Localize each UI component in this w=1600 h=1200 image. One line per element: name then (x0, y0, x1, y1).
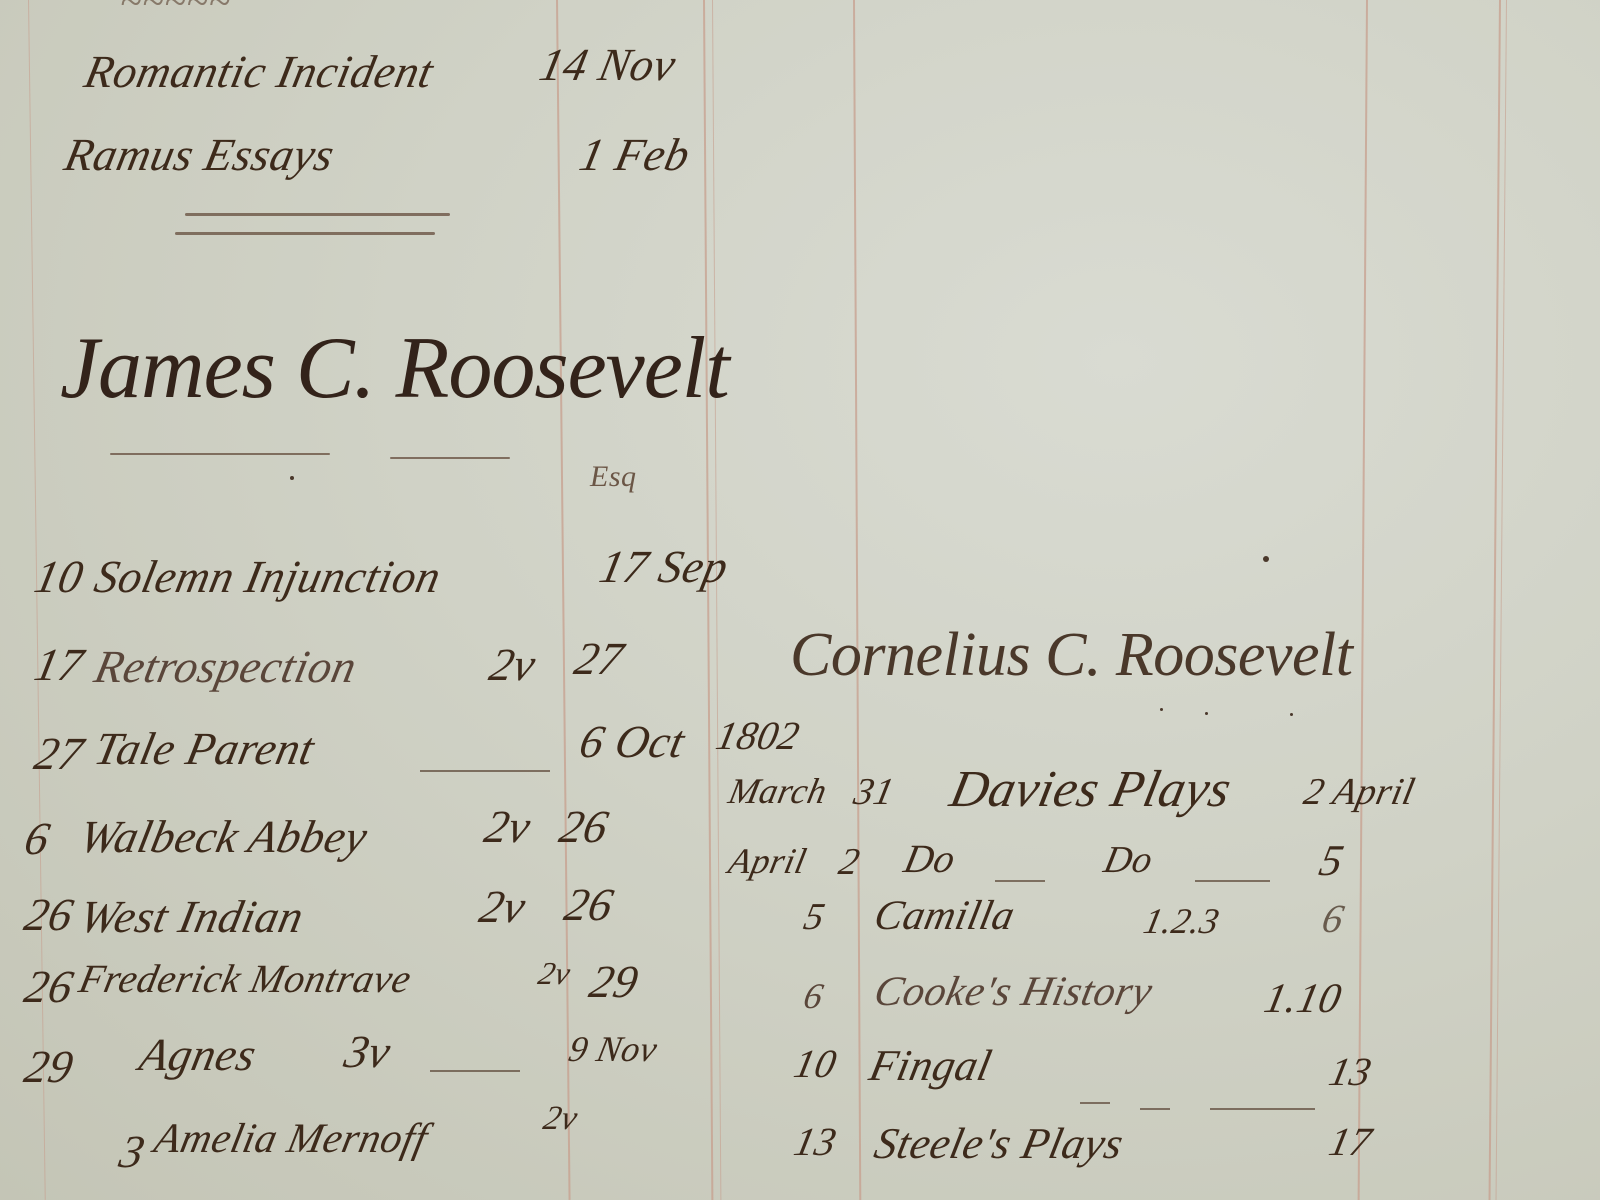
entry-title: Do (900, 835, 960, 882)
entry-returned: 6 (1318, 895, 1348, 942)
section-divider (175, 232, 435, 235)
ink-dot (1160, 708, 1163, 711)
ink-dot (1290, 713, 1293, 716)
account-suffix: Esq (590, 460, 637, 494)
fill-dash (1080, 1102, 1110, 1104)
entry-returned: 1.10 (1260, 975, 1346, 1023)
heading-underline (110, 453, 330, 455)
top-entry-ref: 1 Feb (575, 128, 695, 181)
account-year: 1802 (712, 712, 804, 759)
top-entry-title: Romantic Incident (80, 45, 438, 98)
entry-date: 10 (30, 550, 88, 603)
rule-line (853, 0, 861, 1200)
entry-title: Amelia Mernoff (150, 1115, 432, 1163)
entry-detail: 1.2.3 (1140, 900, 1223, 942)
cut-off-text: ~~~~~ (120, 0, 231, 25)
entry-month: April (725, 840, 810, 882)
entry-date: 26 (20, 888, 78, 941)
fill-dash (1140, 1108, 1170, 1110)
entry-returned: 27 (570, 632, 628, 685)
account-heading-james: James C. Roosevelt (60, 318, 729, 419)
entry-vols: 2v (485, 638, 541, 691)
entry-returned: 6 Oct (575, 715, 690, 768)
ledger-page: ~~~~~ Romantic Incident 14 Nov Ramus Ess… (0, 0, 1600, 1200)
entry-title: Cooke's History (870, 968, 1157, 1016)
entry-title: West Indian (75, 890, 309, 943)
top-entry-title: Ramus Essays (60, 128, 339, 181)
entry-title: Retrospection (90, 640, 362, 693)
rule-line (712, 0, 721, 1200)
entry-date: 10 (790, 1040, 841, 1087)
fill-dash (430, 1070, 520, 1072)
entry-title: Solemn Injunction (90, 550, 446, 603)
entry-returned: 29 (585, 955, 643, 1008)
rule-line (556, 0, 571, 1200)
entry-returned: 13 (1325, 1048, 1376, 1095)
fill-dash (1195, 880, 1270, 882)
rule-line (703, 0, 713, 1200)
entry-returned: 17 Sep (595, 540, 733, 593)
entry-title: Camilla (870, 892, 1019, 940)
entry-date: 17 (30, 638, 88, 691)
entry-date: 5 (800, 895, 829, 939)
entry-returned: 26 (555, 800, 613, 853)
entry-title: Tale Parent (90, 722, 319, 775)
section-divider (185, 213, 450, 216)
account-heading-cornelius: Cornelius C. Roosevelt (790, 620, 1352, 691)
entry-month: March (725, 770, 831, 812)
entry-detail: Do (1100, 838, 1157, 882)
entry-vols: 2v (540, 1100, 581, 1138)
heading-underline (390, 457, 510, 459)
entry-date: 26 (20, 960, 78, 1013)
entry-title: Frederick Montrave (75, 955, 416, 1002)
entry-date: 27 (30, 727, 88, 780)
entry-date: 6 (20, 812, 55, 865)
entry-title: Steele's Plays (870, 1118, 1128, 1169)
fill-dash (420, 770, 550, 772)
entry-title: Davies Plays (945, 760, 1236, 819)
fill-dash (995, 880, 1045, 882)
entry-returned: 9 Nov (565, 1028, 661, 1070)
top-entry-ref: 14 Nov (535, 38, 681, 91)
entry-vols: 2v (480, 800, 536, 853)
entry-returned: 17 (1325, 1118, 1376, 1165)
fill-dash (1210, 1108, 1315, 1110)
entry-date: 6 (800, 975, 827, 1017)
entry-title: Walbeck Abbey (75, 810, 372, 863)
rule-line (1489, 0, 1501, 1200)
entry-date: 3 (115, 1125, 150, 1178)
ink-dot (1263, 556, 1269, 562)
entry-vols: 3v (340, 1025, 396, 1078)
ink-dot (290, 476, 294, 480)
entry-returned: 2 April (1300, 770, 1419, 814)
entry-returned: 5 (1315, 835, 1348, 886)
entry-title: Agnes (135, 1028, 261, 1081)
entry-title: Fingal (865, 1040, 996, 1091)
entry-vols: 2v (475, 880, 531, 933)
entry-returned: 26 (560, 878, 618, 931)
entry-date: 31 (850, 770, 898, 814)
ink-dot (1205, 712, 1208, 715)
rule-line (1358, 0, 1368, 1200)
entry-date: 13 (790, 1118, 841, 1165)
entry-date: 29 (20, 1040, 78, 1093)
